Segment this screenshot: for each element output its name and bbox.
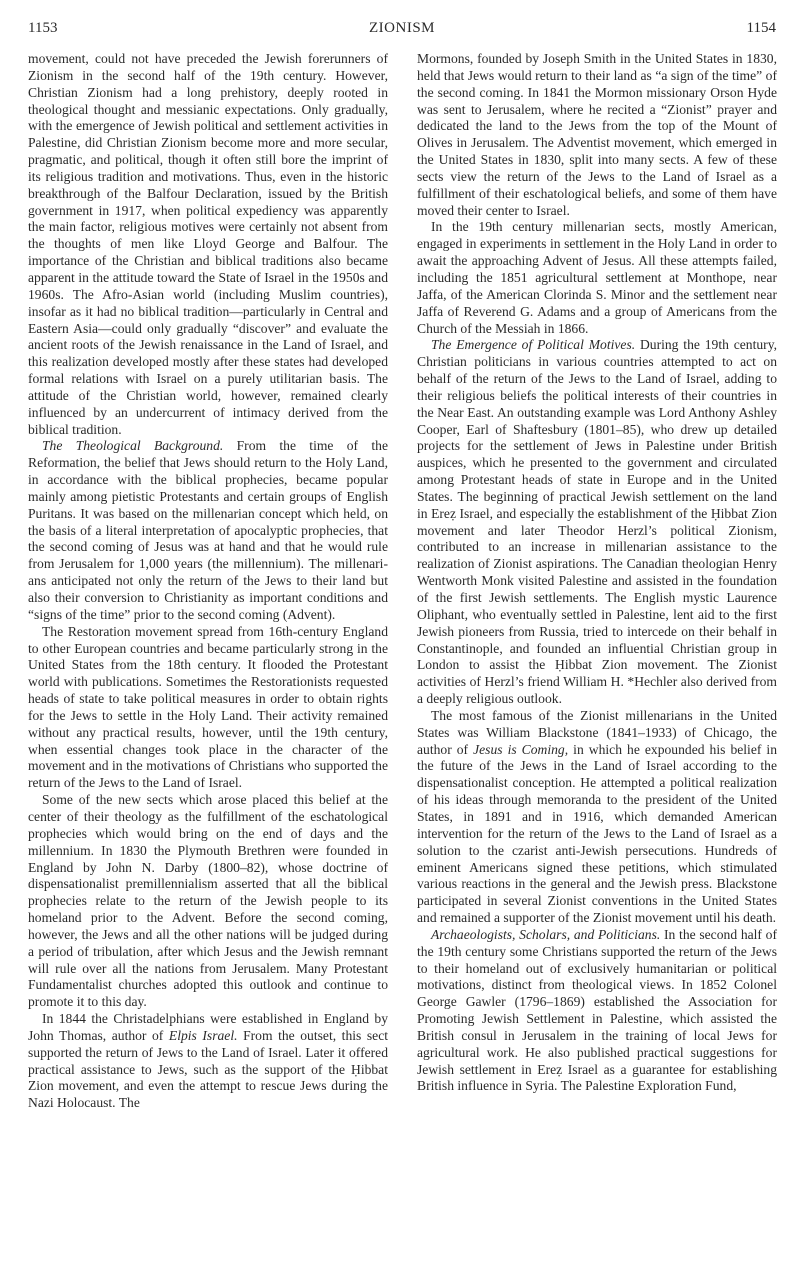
paragraph: Some of the new sects which arose placed… [28, 792, 388, 1011]
paragraph-text: Some of the new sects which arose placed… [28, 792, 388, 1009]
paragraph-text: In the 19th century millenarian sects, m… [417, 219, 777, 335]
paragraph: movement, could not have preceded the Je… [28, 51, 388, 438]
book-title: Jesus is Coming, [473, 742, 568, 757]
paragraph: Archaeologists, Scholars, and Politician… [417, 927, 777, 1095]
section-run-in-heading: The Theological Background. [42, 438, 223, 453]
section-run-in-heading: The Emergence of Political Motives. [431, 337, 635, 352]
right-column: Mormons, founded by Joseph Smith in the … [417, 51, 777, 1095]
paragraph: The Restoration movement spread from 16t… [28, 624, 388, 792]
book-title: Elpis Israel. [169, 1028, 238, 1043]
paragraph: Mormons, founded by Joseph Smith in the … [417, 51, 777, 219]
paragraph-text: From the time of the Reformation, the be… [28, 438, 388, 621]
paragraph: In the 19th century millenarian sects, m… [417, 219, 777, 337]
paragraph: In 1844 the Christadelphians were establ… [28, 1011, 388, 1112]
paragraph-text: Mormons, founded by Joseph Smith in the … [417, 51, 777, 218]
paragraph-text: In the second half of the 19th century s… [417, 927, 777, 1094]
paragraph: The most famous of the Zionist millenari… [417, 708, 777, 927]
section-run-in-heading: Archaeologists, Scholars, and Politician… [431, 927, 660, 942]
paragraph-text: movement, could not have preceded the Je… [28, 51, 388, 437]
paragraph-text: During the 19th century, Christian polit… [417, 337, 777, 706]
running-title: ZIONISM [28, 20, 776, 37]
paragraph: The Theological Background. From the tim… [28, 438, 388, 623]
paragraph-text: in which he expounded his belief in the … [417, 742, 777, 925]
left-column: movement, could not have preceded the Je… [28, 51, 388, 1112]
page-header: 1153 ZIONISM 1154 [28, 20, 776, 42]
page-number-right: 1154 [747, 20, 776, 37]
paragraph-text: The Restoration movement spread from 16t… [28, 624, 388, 791]
paragraph: The Emergence of Political Motives. Duri… [417, 337, 777, 708]
